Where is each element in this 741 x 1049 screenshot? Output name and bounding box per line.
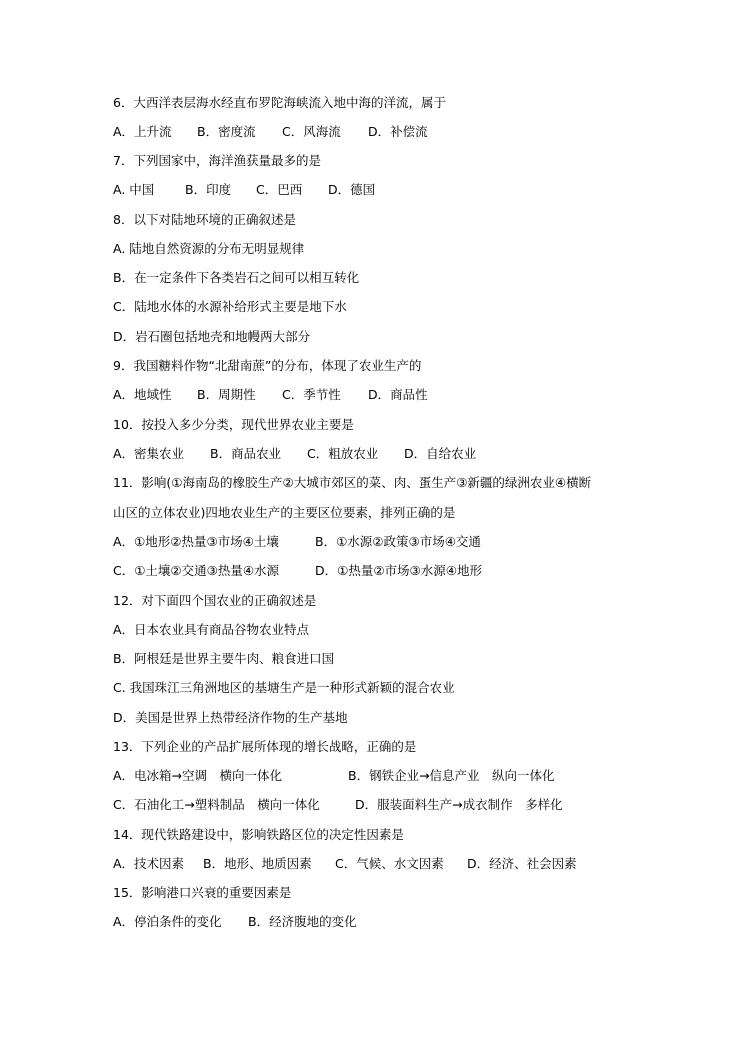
option-a: A．地域性 — [113, 386, 172, 404]
option-b: B．钢铁企业→信息产业 纵向一体化 — [348, 767, 555, 785]
question-13-stem: 13．下列企业的产品扩展所体现的增长战略，正确的是 — [113, 738, 416, 756]
option-b: B．印度 — [185, 181, 231, 199]
option-d: D．补偿流 — [368, 123, 428, 141]
option-a: A. 中国 — [113, 181, 154, 199]
option-b: B．经济腹地的变化 — [248, 913, 357, 931]
question-11-stem: 11．影响(①海南岛的橡胶生产②大城市郊区的菜、肉、蛋生产③新疆的绿洲农业④横断 — [113, 474, 591, 492]
option-d: D．德国 — [328, 181, 375, 199]
option-d: D．经济、社会因素 — [467, 855, 577, 873]
question-15-stem: 15．影响港口兴衰的重要因素是 — [113, 884, 291, 902]
question-12-option-a: A．日本农业具有商品谷物农业特点 — [113, 621, 309, 639]
question-6-stem: 6．大西洋表层海水经直布罗陀海峡流入地中海的洋流，属于 — [113, 94, 446, 112]
option-c: C．季节性 — [282, 386, 341, 404]
question-11-stem-cont: 山区的立体农业)四地农业生产的主要区位要素，排列正确的是 — [113, 504, 455, 522]
question-10-stem: 10．按投入多少分类，现代世界农业主要是 — [113, 416, 354, 434]
option-a: A．电冰箱→空调 横向一体化 — [113, 767, 282, 785]
option-a: A．停泊条件的变化 — [113, 913, 222, 931]
option-d: D．自给农业 — [404, 445, 476, 463]
question-12-option-b: B．阿根廷是世界主要牛肉、粮食进口国 — [113, 650, 334, 668]
option-b: B．周期性 — [197, 386, 256, 404]
option-d: D．①热量②市场③水源④地形 — [315, 562, 482, 580]
option-c: C．①土壤②交通③热量④水源 — [113, 562, 279, 580]
option-b: B．①水源②政策③市场④交通 — [315, 533, 481, 551]
question-8-option-c: C．陆地水体的水源补给形式主要是地下水 — [113, 298, 347, 316]
option-d: D．商品性 — [368, 386, 428, 404]
question-8-option-d: D．岩石圈包括地壳和地幔两大部分 — [113, 328, 310, 346]
question-14-stem: 14．现代铁路建设中，影响铁路区位的决定性因素是 — [113, 826, 404, 844]
question-9-stem: 9．我国糖料作物“北甜南蔗”的分布，体现了农业生产的 — [113, 357, 421, 375]
option-a: A．技术因素 — [113, 855, 184, 873]
option-d: D．服装面料生产→成衣制作 多样化 — [355, 796, 563, 814]
option-c: C．石油化工→塑料制品 横向一体化 — [113, 796, 320, 814]
option-c: C．气候、水文因素 — [335, 855, 444, 873]
question-12-option-d: D．美国是世界上热带经济作物的生产基地 — [113, 709, 348, 727]
question-8-stem: 8．以下对陆地环境的正确叙述是 — [113, 211, 296, 229]
question-12-stem: 12．对下面四个国农业的正确叙述是 — [113, 592, 316, 610]
question-7-stem: 7．下列国家中，海洋渔获量最多的是 — [113, 152, 321, 170]
option-b: B．商品农业 — [210, 445, 281, 463]
option-c: C．巴西 — [256, 181, 302, 199]
option-b: B．密度流 — [197, 123, 256, 141]
option-c: C．粗放农业 — [307, 445, 378, 463]
question-8-option-a: A. 陆地自然资源的分布无明显规律 — [113, 240, 304, 258]
document-page: 6．大西洋表层海水经直布罗陀海峡流入地中海的洋流，属于 A．上升流 B．密度流 … — [0, 0, 741, 1049]
question-12-option-c: C. 我国珠江三角洲地区的基塘生产是一种形式新颖的混合农业 — [113, 679, 455, 697]
option-b: B．地形、地质因素 — [203, 855, 312, 873]
option-a: A．密集农业 — [113, 445, 184, 463]
question-8-option-b: B．在一定条件下各类岩石之间可以相互转化 — [113, 269, 359, 287]
option-c: C．风海流 — [282, 123, 341, 141]
option-a: A．①地形②热量③市场④土壤 — [113, 533, 279, 551]
option-a: A．上升流 — [113, 123, 172, 141]
